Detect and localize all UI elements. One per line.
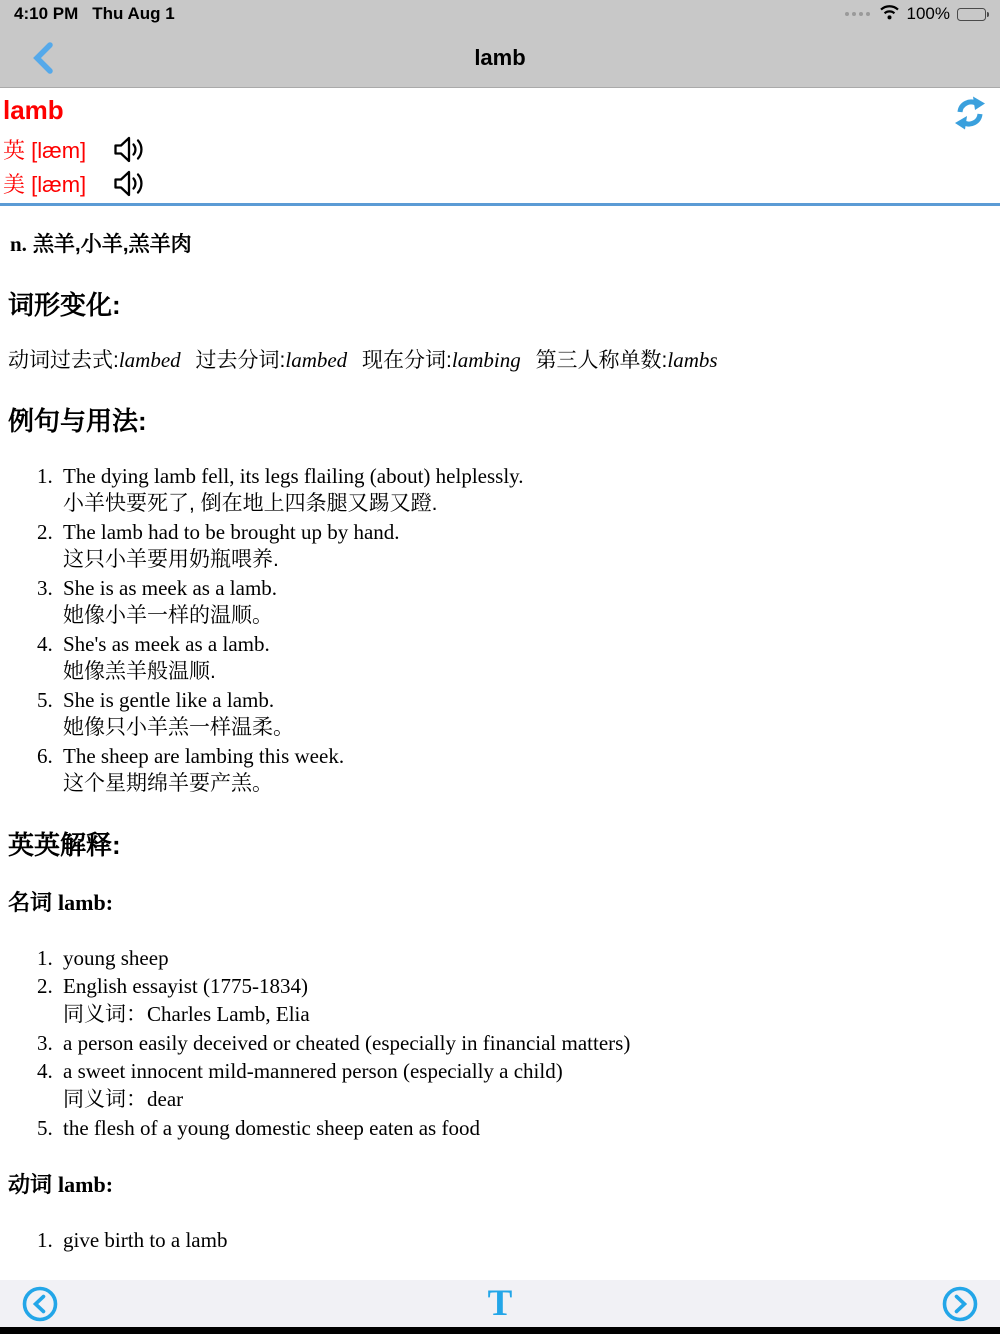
examples-list: The dying lamb fell, its legs flailing (… — [0, 462, 1000, 798]
synonyms-line: 同义词：Charles Lamb, Elia — [63, 1000, 1000, 1029]
definition-text: young sheep — [63, 944, 1000, 972]
definition-text: English essayist (1775-1834) — [63, 972, 1000, 1000]
example-chinese: 这个星期绵羊要产羔。 — [63, 770, 1000, 798]
example-item: She is as meek as a lamb. 她像小羊一样的温顺。 — [0, 574, 1000, 630]
battery-percent: 100% — [907, 4, 950, 24]
word-form: 第三人称单数:lambs — [536, 349, 718, 372]
definition-list: give birth to a lamb — [0, 1226, 1000, 1254]
battery-icon — [957, 8, 986, 21]
next-word-button[interactable] — [941, 1285, 979, 1323]
speaker-icon[interactable] — [113, 136, 143, 163]
definition-item: a person easily deceived or cheated (esp… — [0, 1029, 1000, 1057]
example-english: The sheep are lambing this week. — [63, 742, 1000, 770]
date: Thu Aug 1 — [92, 4, 174, 24]
word-form: 动词过去式:lambed — [8, 349, 181, 372]
pronunciation-block: 英 [læm] 美 [læm] — [0, 134, 1000, 199]
speaker-icon[interactable] — [113, 170, 143, 197]
pronunciation-row: 美 [læm] — [3, 168, 1000, 199]
word-forms-line: 动词过去式:lambed 过去分词:lambed 现在分词:lambing 第三… — [8, 347, 1000, 374]
example-chinese: 这只小羊要用奶瓶喂养. — [63, 546, 1000, 574]
synonyms-line: 同义词：dear — [63, 1085, 1000, 1114]
example-item: She's as meek as a lamb. 她像羔羊般温顺. — [0, 630, 1000, 686]
pronunciation-row: 英 [læm] — [3, 134, 1000, 165]
pronunciation-text: 美 [læm] — [3, 168, 113, 199]
definition-item: English essayist (1775-1834) 同义词：Charles… — [0, 972, 1000, 1029]
definition-group-heading: 名词lamb: — [8, 890, 1000, 916]
definition-group: 名词lamb: young sheep English essayist (17… — [0, 890, 1000, 1142]
example-english: She is gentle like a lamb. — [63, 686, 1000, 714]
example-item: The sheep are lambing this week. 这个星期绵羊要… — [0, 742, 1000, 798]
refresh-icon[interactable] — [952, 95, 988, 131]
example-chinese: 她像小羊一样的温顺。 — [63, 602, 1000, 630]
pronunciation-text: 英 [læm] — [3, 134, 113, 165]
word-forms-heading: 词形变化: — [8, 290, 1000, 320]
definition-list: young sheep English essayist (1775-1834)… — [0, 944, 1000, 1142]
part-of-speech: n. — [10, 232, 27, 256]
section-divider — [0, 203, 1000, 206]
example-english: The dying lamb fell, its legs flailing (… — [63, 462, 1000, 490]
example-english: She is as meek as a lamb. — [63, 574, 1000, 602]
example-chinese: 她像只小羊羔一样温柔。 — [63, 714, 1000, 742]
nav-bar: lamb — [0, 28, 1000, 88]
example-english: She's as meek as a lamb. — [63, 630, 1000, 658]
english-definitions-block: 名词lamb: young sheep English essayist (17… — [0, 890, 1000, 1254]
cellular-signal-icon — [845, 12, 870, 16]
definition-item: a sweet innocent mild-mannered person (e… — [0, 1057, 1000, 1114]
example-item: The dying lamb fell, its legs flailing (… — [0, 462, 1000, 518]
definition-text: a person easily deceived or cheated (esp… — [63, 1029, 1000, 1057]
example-chinese: 小羊快要死了, 倒在地上四条腿又踢又蹬. — [63, 490, 1000, 518]
english-definitions-heading: 英英解释: — [8, 830, 1000, 860]
definition-item: the flesh of a young domestic sheep eate… — [0, 1114, 1000, 1142]
page-title: lamb — [474, 45, 525, 71]
definition-item: young sheep — [0, 944, 1000, 972]
clock: 4:10 PM — [14, 4, 78, 24]
definition-text: the flesh of a young domestic sheep eate… — [63, 1114, 1000, 1142]
definition-item: give birth to a lamb — [0, 1226, 1000, 1254]
back-button[interactable] — [32, 42, 54, 74]
definition-group-heading: 动词lamb: — [8, 1172, 1000, 1198]
example-chinese: 她像羔羊般温顺. — [63, 658, 1000, 686]
dictionary-content: lamb 英 [læm] 美 [læm] — [0, 88, 1000, 1280]
definition-group: 动词lamb: give birth to a lamb — [0, 1172, 1000, 1254]
word-form: 现在分词:lambing — [362, 349, 521, 372]
chinese-definition: n.羔羊,小羊,羔羊肉 — [10, 228, 1000, 258]
example-item: The lamb had to be brought up by hand. 这… — [0, 518, 1000, 574]
status-bar: 4:10 PM Thu Aug 1 100% — [0, 0, 1000, 28]
headword: lamb — [3, 95, 64, 125]
bottom-toolbar: T — [0, 1280, 1000, 1327]
home-indicator-strip — [0, 1327, 1000, 1334]
definition-text: 羔羊,小羊,羔羊肉 — [33, 233, 192, 256]
text-size-button[interactable]: T — [0, 1282, 1000, 1325]
definition-text: a sweet innocent mild-mannered person (e… — [63, 1057, 1000, 1085]
example-item: She is gentle like a lamb. 她像只小羊羔一样温柔。 — [0, 686, 1000, 742]
example-english: The lamb had to be brought up by hand. — [63, 518, 1000, 546]
examples-heading: 例句与用法: — [8, 406, 1000, 436]
word-form: 过去分词:lambed — [196, 349, 348, 372]
definition-text: give birth to a lamb — [63, 1226, 1000, 1254]
wifi-icon — [879, 4, 900, 25]
